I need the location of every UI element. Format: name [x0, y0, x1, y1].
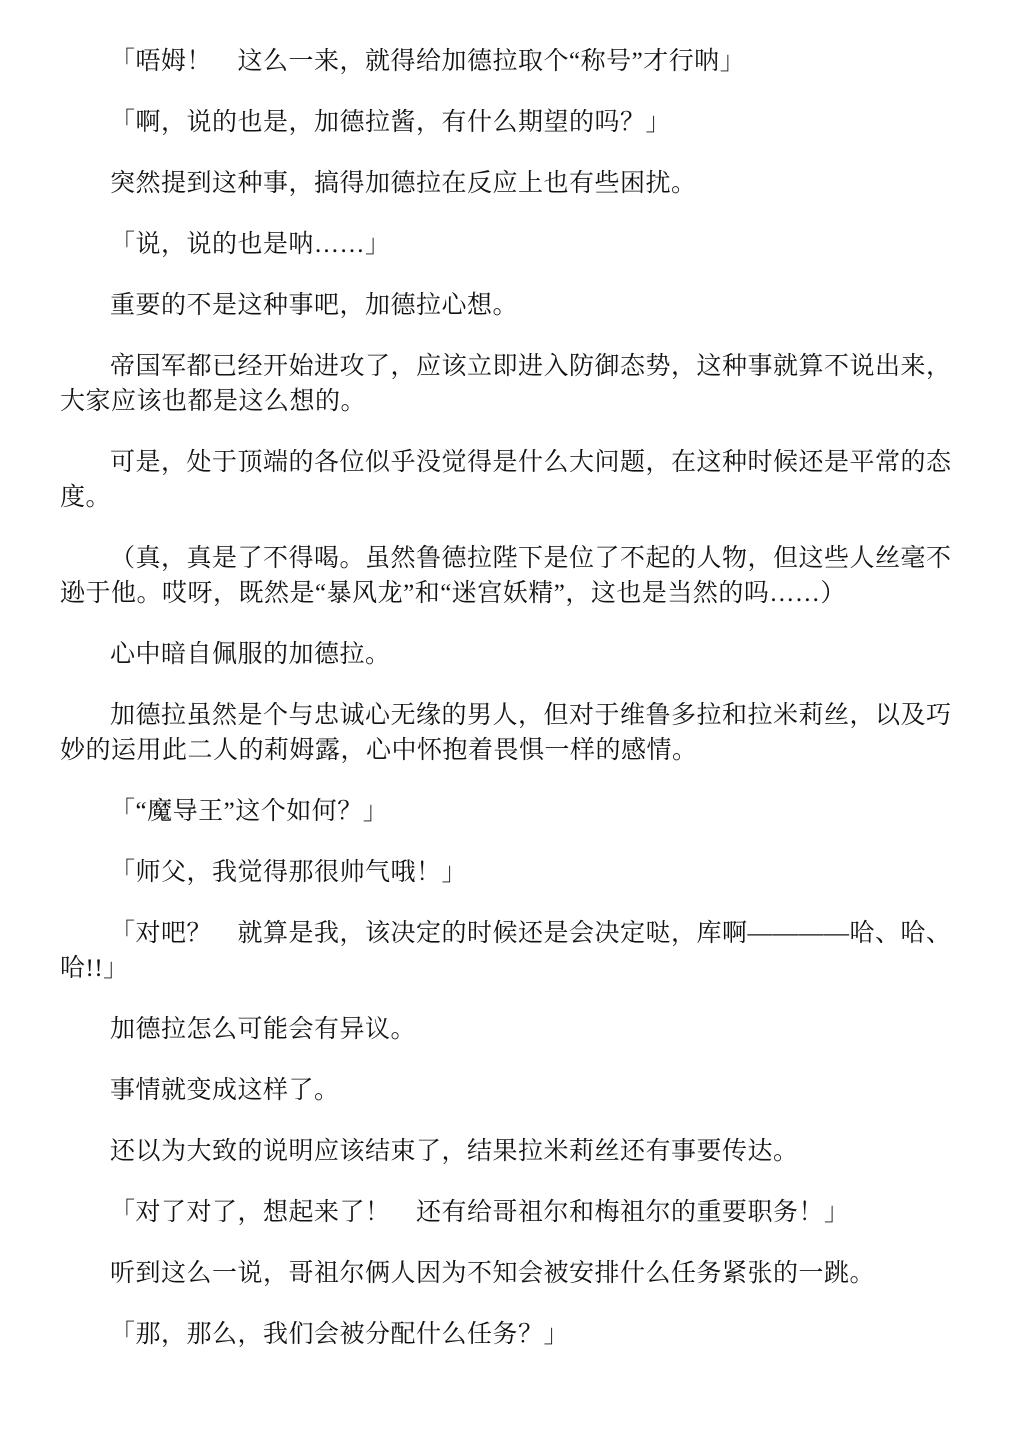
paragraph: 「师父，我觉得那很帅气哦！」: [60, 855, 955, 890]
paragraph: 「唔姆！ 这么一来，就得给加德拉取个“称号”才行呐」: [60, 44, 955, 79]
paragraph: （真，真是了不得喝。虽然鲁德拉陛下是位了不起的人物，但这些人丝毫不逊于他。哎呀，…: [60, 541, 955, 611]
paragraph: 加德拉虽然是个与忠诚心无缘的男人，但对于维鲁多拉和拉米莉丝，以及巧妙的运用此二人…: [60, 698, 955, 768]
paragraph: 「说，说的也是呐……」: [60, 227, 955, 262]
paragraph: 「“魔导王”这个如何？」: [60, 794, 955, 829]
paragraph: 还以为大致的说明应该结束了，结果拉米莉丝还有事要传达。: [60, 1134, 955, 1169]
paragraph: 听到这么一说，哥祖尔俩人因为不知会被安排什么任务紧张的一跳。: [60, 1256, 955, 1291]
document-page: 「唔姆！ 这么一来，就得给加德拉取个“称号”才行呐」 「啊，说的也是，加德拉酱，…: [0, 0, 1017, 1437]
paragraph: 事情就变成这样了。: [60, 1073, 955, 1108]
paragraph: 可是，处于顶端的各位似乎没觉得是什么大问题，在这种时候还是平常的态度。: [60, 445, 955, 515]
paragraph: 「啊，说的也是，加德拉酱，有什么期望的吗？」: [60, 105, 955, 140]
paragraph: 帝国军都已经开始进攻了，应该立即进入防御态势，这种事就算不说出来，大家应该也都是…: [60, 349, 955, 419]
paragraph: 心中暗自佩服的加德拉。: [60, 637, 955, 672]
paragraph: 重要的不是这种事吧，加德拉心想。: [60, 288, 955, 323]
paragraph: 突然提到这种事，搞得加德拉在反应上也有些困扰。: [60, 166, 955, 201]
paragraph: 加德拉怎么可能会有异议。: [60, 1012, 955, 1047]
paragraph: 「对吧？ 就算是我，该决定的时候还是会决定哒，库啊————哈、哈、哈!!」: [60, 916, 955, 986]
paragraph: 「那，那么，我们会被分配什么任务？」: [60, 1317, 955, 1352]
paragraph: 「对了对了，想起来了！ 还有给哥祖尔和梅祖尔的重要职务！」: [60, 1195, 955, 1230]
